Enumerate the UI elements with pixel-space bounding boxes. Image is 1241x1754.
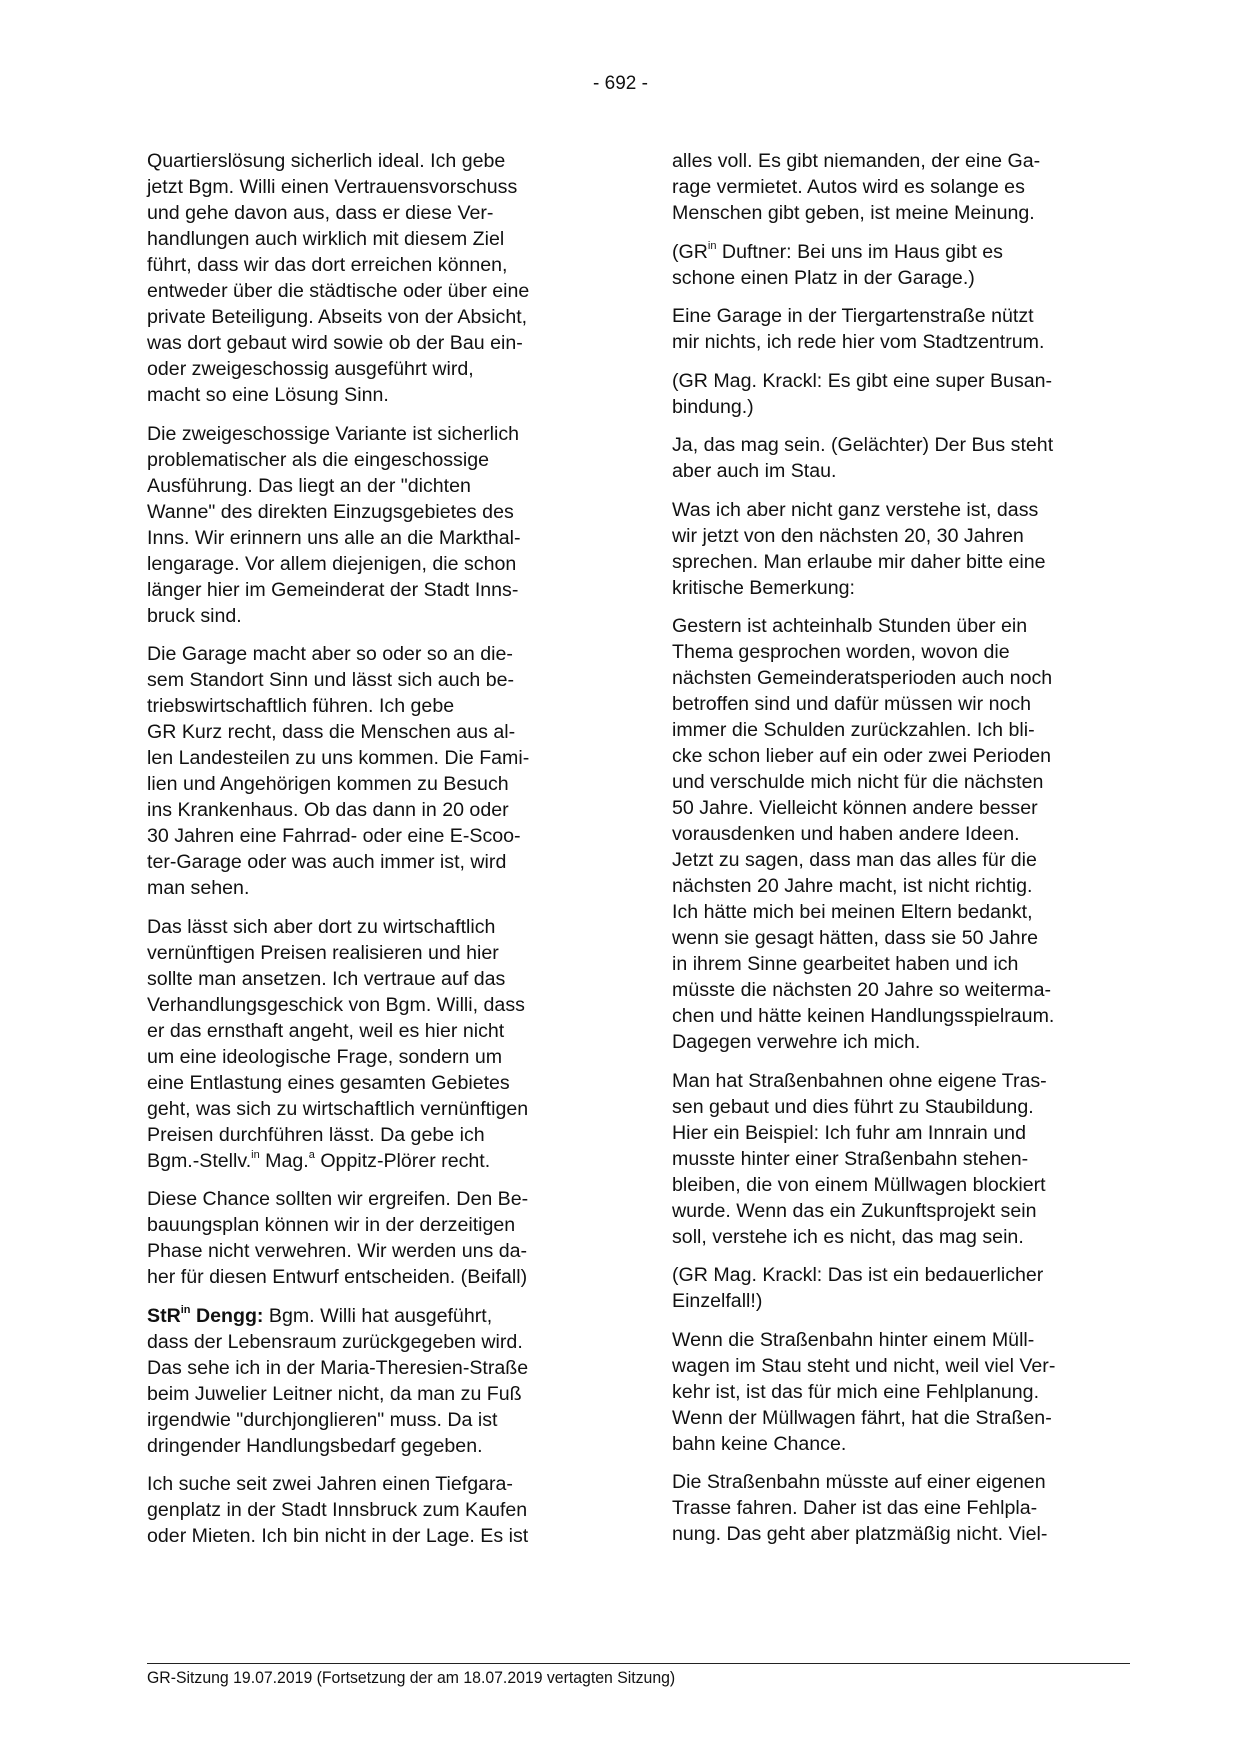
paragraph: Quartierslösung sicherlich ideal. Ich ge… [147, 148, 597, 408]
text-line: kehr ist, ist das für mich eine Fehlplan… [672, 1379, 1122, 1405]
text-line: Bgm.-Stellv.in Mag.a Oppitz-Plörer recht… [147, 1148, 597, 1174]
text-line: wurde. Wenn das ein Zukunftsprojekt sein [672, 1198, 1122, 1224]
text-line: vernünftigen Preisen realisieren und hie… [147, 940, 597, 966]
paragraph: Die Straßenbahn müsste auf einer eigenen… [672, 1469, 1122, 1547]
interjection: (GR Mag. Krackl: Es gibt eine super Busa… [672, 368, 1122, 420]
paragraph: Wenn die Straßenbahn hinter einem Müll- … [672, 1327, 1122, 1457]
paragraph: Ich suche seit zwei Jahren einen Tiefgar… [147, 1471, 597, 1549]
text-line: nächsten Gemeinderatsperioden auch noch [672, 665, 1122, 691]
text-line: dass der Lebensraum zurückgegeben wird. [147, 1329, 597, 1355]
text-line: nung. Das geht aber platzmäßig nicht. Vi… [672, 1521, 1122, 1547]
text-line: er das ernsthaft angeht, weil es hier ni… [147, 1018, 597, 1044]
text-line: Man hat Straßenbahnen ohne eigene Tras- [672, 1068, 1122, 1094]
paragraph: Gestern ist achteinhalb Stunden über ein… [672, 613, 1122, 1055]
paragraph: Ja, das mag sein. (Gelächter) Der Bus st… [672, 432, 1122, 484]
text-line: bauungsplan können wir in der derzeitige… [147, 1212, 597, 1238]
text-line: dringender Handlungsbedarf gegeben. [147, 1433, 597, 1459]
text-line: Wenn der Müllwagen fährt, hat die Straße… [672, 1405, 1122, 1431]
text-line: schone einen Platz in der Garage.) [672, 265, 1122, 291]
text-line: macht so eine Lösung Sinn. [147, 382, 597, 408]
text-line: und verschulde mich nicht für die nächst… [672, 769, 1122, 795]
text-line: beim Juwelier Leitner nicht, da man zu F… [147, 1381, 597, 1407]
text-line: nächsten 20 Jahre macht, ist nicht richt… [672, 873, 1122, 899]
text-line: Ich suche seit zwei Jahren einen Tiefgar… [147, 1471, 597, 1497]
text-line: sprechen. Man erlaube mir daher bitte ei… [672, 549, 1122, 575]
text-line: vorausdenken und haben andere Ideen. [672, 821, 1122, 847]
paragraph: Das lässt sich aber dort zu wirtschaftli… [147, 914, 597, 1174]
text-line: in ihrem Sinne gearbeitet haben und ich [672, 951, 1122, 977]
text-line: irgendwie "durchjonglieren" muss. Da ist [147, 1407, 597, 1433]
paragraph: Die zweigeschossige Variante ist sicherl… [147, 421, 597, 629]
page-number: - 692 - [0, 72, 1241, 96]
interjection: (GR Mag. Krackl: Das ist ein bedauerlich… [672, 1262, 1122, 1314]
text-line: um eine ideologische Frage, sondern um [147, 1044, 597, 1070]
text-line: handlungen auch wirklich mit diesem Ziel [147, 226, 597, 252]
text-line: triebswirtschaftlich führen. Ich gebe [147, 693, 597, 719]
text-line: alles voll. Es gibt niemanden, der eine … [672, 148, 1122, 174]
text-line: (GRin Duftner: Bei uns im Haus gibt es [672, 239, 1122, 265]
text-line: ins Krankenhaus. Ob das dann in 20 oder [147, 797, 597, 823]
text-line: müsste die nächsten 20 Jahre so weiterma… [672, 977, 1122, 1003]
text-line: länger hier im Gemeinderat der Stadt Inn… [147, 577, 597, 603]
paragraph: alles voll. Es gibt niemanden, der eine … [672, 148, 1122, 226]
interjection: (GRin Duftner: Bei uns im Haus gibt es s… [672, 239, 1122, 291]
text-line: oder zweigeschossig ausgeführt wird, [147, 356, 597, 382]
text-line: wir jetzt von den nächsten 20, 30 Jahren [672, 523, 1122, 549]
text-line: Wanne" des direkten Einzugsgebietes des [147, 499, 597, 525]
text-line: Ja, das mag sein. (Gelächter) Der Bus st… [672, 432, 1122, 458]
text-line: lien und Angehörigen kommen zu Besuch [147, 771, 597, 797]
text-line: geht, was sich zu wirtschaftlich vernünf… [147, 1096, 597, 1122]
text-line: sem Standort Sinn und lässt sich auch be… [147, 667, 597, 693]
text-line: Ich hätte mich bei meinen Eltern bedankt… [672, 899, 1122, 925]
text-line: Dagegen verwehre ich mich. [672, 1029, 1122, 1055]
text-line: soll, verstehe ich es nicht, das mag sei… [672, 1224, 1122, 1250]
left-column: Quartierslösung sicherlich ideal. Ich ge… [147, 148, 597, 1562]
text-line: Das sehe ich in der Maria-Theresien-Stra… [147, 1355, 597, 1381]
text-line: Ausführung. Das liegt an der "dichten [147, 473, 597, 499]
footer-text: GR-Sitzung 19.07.2019 (Fortsetzung der a… [147, 1667, 675, 1689]
text-line: Wenn die Straßenbahn hinter einem Müll- [672, 1327, 1122, 1353]
text-line: musste hinter einer Straßenbahn stehen- [672, 1146, 1122, 1172]
text-line: Hier ein Beispiel: Ich fuhr am Innrain u… [672, 1120, 1122, 1146]
text-line: bleiben, die von einem Müllwagen blockie… [672, 1172, 1122, 1198]
text-line: Menschen gibt geben, ist meine Meinung. [672, 200, 1122, 226]
text-line: man sehen. [147, 875, 597, 901]
text-line: kritische Bemerkung: [672, 575, 1122, 601]
text-line: betroffen sind und dafür müssen wir noch [672, 691, 1122, 717]
speaker-name: StRin Dengg: [147, 1305, 263, 1327]
text-line: Thema gesprochen worden, wovon die [672, 639, 1122, 665]
text-line: Die Straßenbahn müsste auf einer eigenen [672, 1469, 1122, 1495]
text-line: Quartierslösung sicherlich ideal. Ich ge… [147, 148, 597, 174]
text-line: Verhandlungsgeschick von Bgm. Willi, das… [147, 992, 597, 1018]
text-line: Jetzt zu sagen, dass man das alles für d… [672, 847, 1122, 873]
text-line: sollte man ansetzen. Ich vertraue auf da… [147, 966, 597, 992]
text-line: immer die Schulden zurückzahlen. Ich bli… [672, 717, 1122, 743]
text-line: Phase nicht verwehren. Wir werden uns da… [147, 1238, 597, 1264]
text-line: bahn keine Chance. [672, 1431, 1122, 1457]
text-line: lengarage. Vor allem diejenigen, die sch… [147, 551, 597, 577]
text-line: mir nichts, ich rede hier vom Stadtzentr… [672, 329, 1122, 355]
text-line: Einzelfall!) [672, 1288, 1122, 1314]
text-line: Das lässt sich aber dort zu wirtschaftli… [147, 914, 597, 940]
text-line: Preisen durchführen lässt. Da gebe ich [147, 1122, 597, 1148]
text-line: rage vermietet. Autos wird es solange es [672, 174, 1122, 200]
text-line: bruck sind. [147, 603, 597, 629]
text-line: wagen im Stau steht und nicht, weil viel… [672, 1353, 1122, 1379]
text-line: führt, dass wir das dort erreichen könne… [147, 252, 597, 278]
text-line: oder Mieten. Ich bin nicht in der Lage. … [147, 1523, 597, 1549]
paragraph: Was ich aber nicht ganz verstehe ist, da… [672, 497, 1122, 601]
text-line: problematischer als die eingeschossige [147, 447, 597, 473]
text-line: Eine Garage in der Tiergartenstraße nütz… [672, 303, 1122, 329]
text-line: GR Kurz recht, dass die Menschen aus al- [147, 719, 597, 745]
text-line: 50 Jahre. Vielleicht können andere besse… [672, 795, 1122, 821]
text-line: aber auch im Stau. [672, 458, 1122, 484]
text-line: Trasse fahren. Daher ist das eine Fehlpl… [672, 1495, 1122, 1521]
text-line: (GR Mag. Krackl: Das ist ein bedauerlich… [672, 1262, 1122, 1288]
text-line: was dort gebaut wird sowie ob der Bau ei… [147, 330, 597, 356]
text-line: jetzt Bgm. Willi einen Vertrauensvorschu… [147, 174, 597, 200]
text-line: Gestern ist achteinhalb Stunden über ein [672, 613, 1122, 639]
text-line: (GR Mag. Krackl: Es gibt eine super Busa… [672, 368, 1122, 394]
text-line: len Landesteilen zu uns kommen. Die Fami… [147, 745, 597, 771]
right-column: alles voll. Es gibt niemanden, der eine … [672, 148, 1122, 1560]
text-line: her für diesen Entwurf entscheiden. (Bei… [147, 1264, 597, 1290]
text-line: Die Garage macht aber so oder so an die- [147, 641, 597, 667]
text-line: Diese Chance sollten wir ergreifen. Den … [147, 1186, 597, 1212]
text-line: cke schon lieber auf ein oder zwei Perio… [672, 743, 1122, 769]
footer-divider [147, 1663, 1130, 1664]
paragraph: Die Garage macht aber so oder so an die-… [147, 641, 597, 901]
text-line: ter-Garage oder was auch immer ist, wird [147, 849, 597, 875]
text-line: Was ich aber nicht ganz verstehe ist, da… [672, 497, 1122, 523]
paragraph: Eine Garage in der Tiergartenstraße nütz… [672, 303, 1122, 355]
text-line: StRin Dengg: Bgm. Willi hat ausgeführt, [147, 1303, 597, 1329]
text-line: bindung.) [672, 394, 1122, 420]
text-line: und gehe davon aus, dass er diese Ver- [147, 200, 597, 226]
paragraph: Diese Chance sollten wir ergreifen. Den … [147, 1186, 597, 1290]
text-line: sen gebaut und dies führt zu Staubildung… [672, 1094, 1122, 1120]
paragraph: StRin Dengg: Bgm. Willi hat ausgeführt, … [147, 1303, 597, 1459]
text-line: genplatz in der Stadt Innsbruck zum Kauf… [147, 1497, 597, 1523]
text-line: 30 Jahren eine Fahrrad- oder eine E-Scoo… [147, 823, 597, 849]
text-line: Inns. Wir erinnern uns alle an die Markt… [147, 525, 597, 551]
text-line: entweder über die städtische oder über e… [147, 278, 597, 304]
text-line: wenn sie gesagt hätten, dass sie 50 Jahr… [672, 925, 1122, 951]
text-line: Die zweigeschossige Variante ist sicherl… [147, 421, 597, 447]
text-line: private Beteiligung. Abseits von der Abs… [147, 304, 597, 330]
text-line: chen und hätte keinen Handlungsspielraum… [672, 1003, 1122, 1029]
paragraph: Man hat Straßenbahnen ohne eigene Tras- … [672, 1068, 1122, 1250]
text-line: eine Entlastung eines gesamten Gebietes [147, 1070, 597, 1096]
